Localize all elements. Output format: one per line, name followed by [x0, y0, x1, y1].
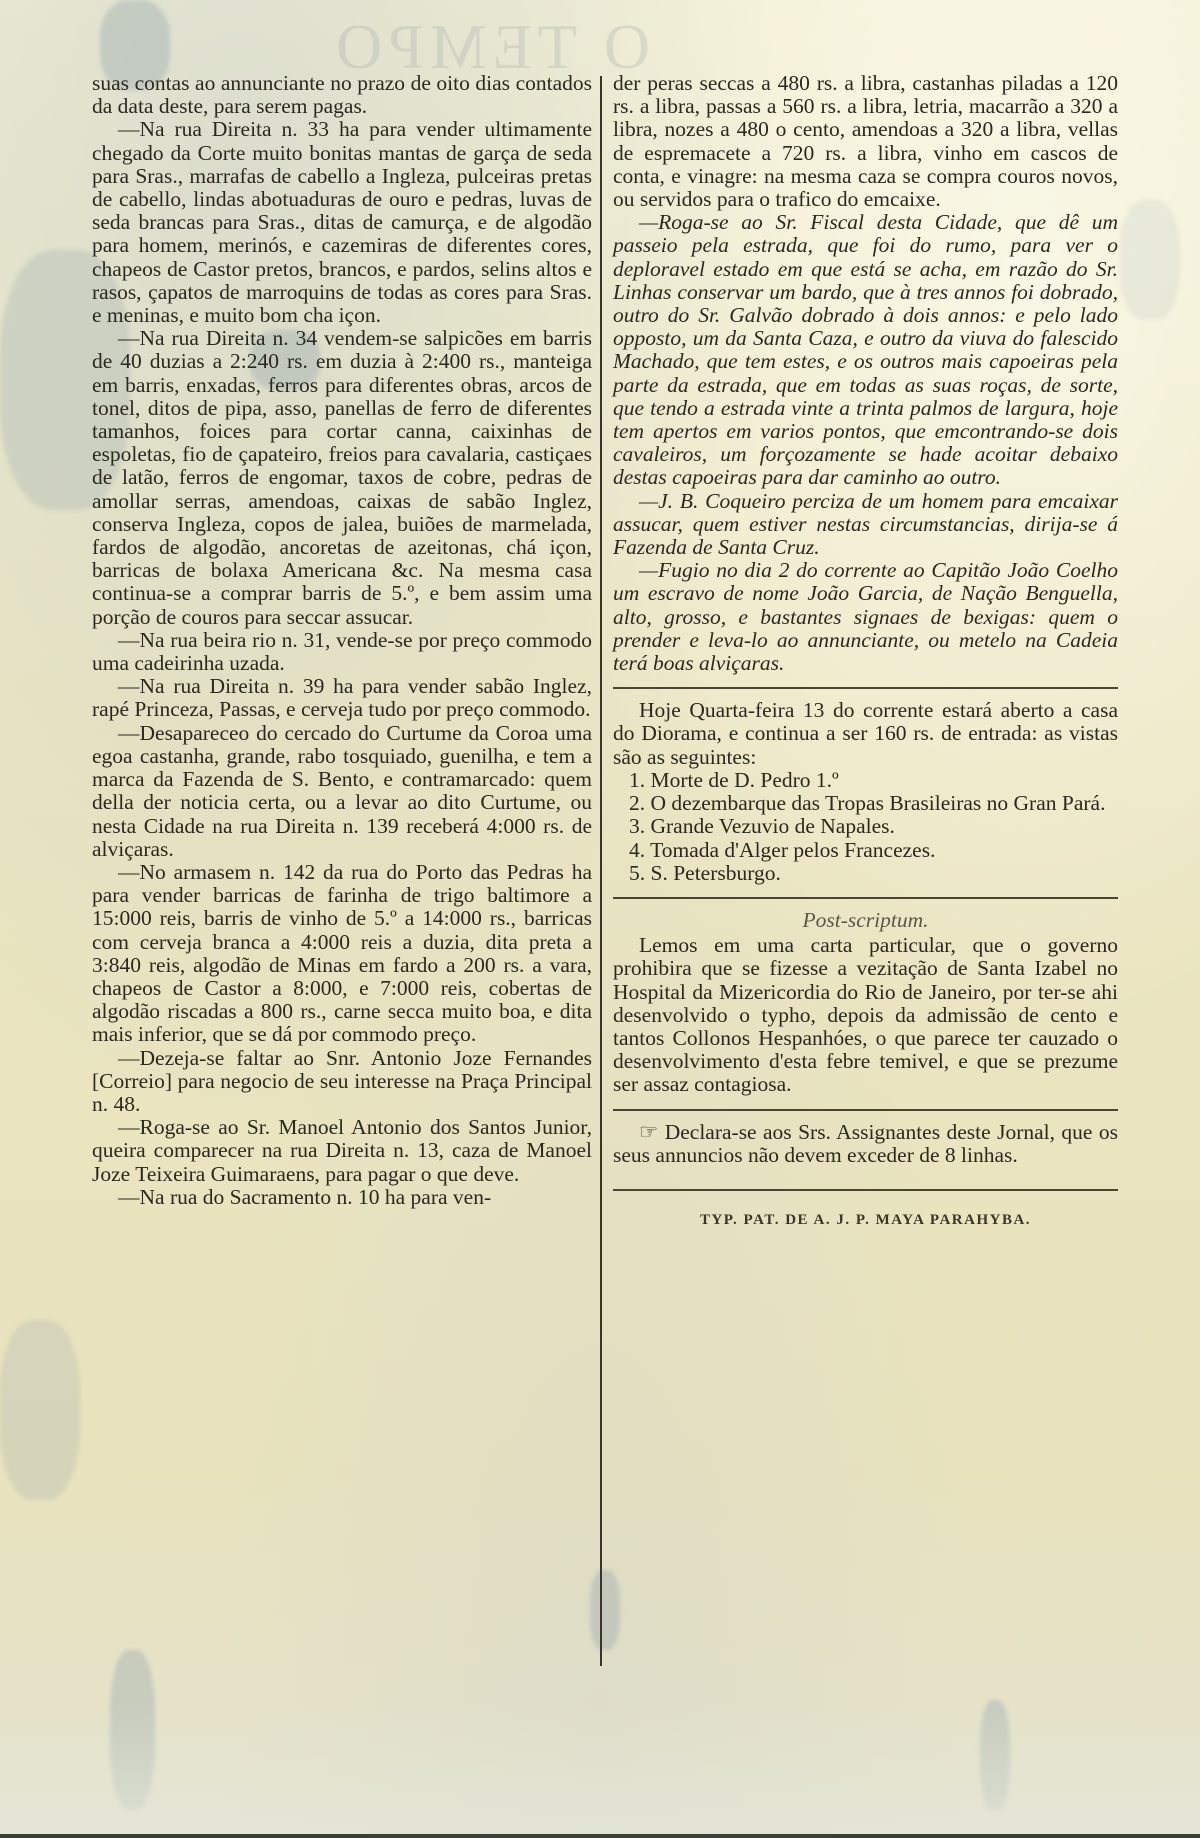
section-rule: [613, 1189, 1118, 1191]
ad-paragraph: —Dezeja-se faltar ao Snr. Antonio Joze F…: [92, 1047, 592, 1117]
ad-paragraph: —Na rua Direita n. 33 ha para vender ult…: [92, 118, 592, 327]
diorama-view-item: 2. O dezembarque das Tropas Brasileiras …: [613, 792, 1118, 815]
ad-paragraph: —Na rua beira rio n. 31, vende-se por pr…: [92, 629, 592, 675]
ad-paragraph: —Na rua Direita n. 39 ha para vender sab…: [92, 675, 592, 721]
scan-edge: [0, 1834, 1200, 1838]
ad-paragraph: —Roga-se ao Sr. Manoel Antonio dos Santo…: [92, 1116, 592, 1186]
blank-page-bottom: [0, 1705, 1200, 1838]
left-column: suas contas ao annunciante no prazo de o…: [92, 72, 592, 1209]
ad-continuation: der peras seccas a 480 rs. a libra, cast…: [613, 72, 1118, 211]
section-rule: [613, 1109, 1118, 1111]
diorama-view-item: 5. S. Petersburgo.: [613, 862, 1118, 885]
ad-paragraph: suas contas ao annunciante no prazo de o…: [92, 72, 592, 118]
newspaper-page: O TEMPO suas contas ao annunciante no pr…: [0, 0, 1200, 1838]
postscript-heading: Post-scriptum.: [613, 909, 1118, 932]
subscriber-notice-text: Declara-se aos Srs. Assignantes deste Jo…: [613, 1120, 1118, 1167]
italic-ad-fugitive: —Fugio no dia 2 do corrente ao Capitão J…: [613, 559, 1118, 675]
pointing-hand-icon: ☞: [639, 1120, 658, 1144]
italic-ad-fiscal: —Roga-se ao Sr. Fiscal desta Cidade, que…: [613, 211, 1118, 489]
italic-ad-coqueiro: —J. B. Coqueiro perciza de um homem para…: [613, 490, 1118, 560]
diorama-view-item: 3. Grande Vezuvio de Napales.: [613, 815, 1118, 838]
subscriber-notice: ☞ Declara-se aos Srs. Assignantes deste …: [613, 1121, 1118, 1167]
ad-paragraph: —Na rua Direita n. 34 vendem-se salpicõe…: [92, 327, 592, 629]
column-divider: [600, 76, 602, 1666]
water-stain: [1120, 200, 1180, 320]
ad-paragraph: —Na rua do Sacramento n. 10 ha para ven-: [92, 1186, 592, 1209]
section-rule: [613, 897, 1118, 899]
section-rule: [613, 687, 1118, 689]
diorama-intro: Hoje Quarta-feira 13 do corrente estará …: [613, 699, 1118, 769]
diorama-view-item: 1. Morte de D. Pedro 1.º: [613, 769, 1118, 792]
diorama-notice: Hoje Quarta-feira 13 do corrente estará …: [613, 699, 1118, 885]
ad-paragraph: —No armasem n. 142 da rua do Porto das P…: [92, 861, 592, 1047]
ad-paragraph: —Desapareceo do cercado do Curtume da Co…: [92, 722, 592, 861]
printer-imprint: TYP. PAT. DE A. J. P. MAYA PARAHYBA.: [613, 1209, 1118, 1232]
right-column: der peras seccas a 480 rs. a libra, cast…: [613, 72, 1118, 1232]
water-stain: [0, 1320, 80, 1500]
diorama-view-item: 4. Tomada d'Alger pelos Francezes.: [613, 839, 1118, 862]
postscript-body: Lemos em uma carta particular, que o gov…: [613, 934, 1118, 1096]
water-stain: [590, 1570, 620, 1650]
